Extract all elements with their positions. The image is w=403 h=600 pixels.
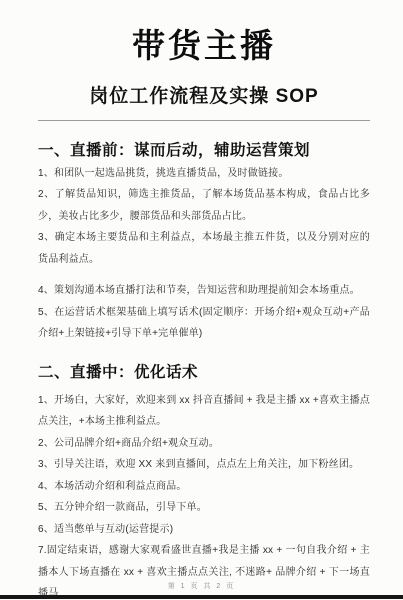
section-2-item-2: 2、公司品牌介绍+商品介绍+观众互动。 [38,433,370,455]
photo-bottom-edge-bar [0,595,403,599]
section-1-item-5: 5、在运营话术框架基础上填写话术(固定顺序：开场介绍+观众互动+产品介绍+上架链… [38,302,370,345]
section-2-item-7: 7.固定结束语，感谢大家观看盛世直播+我是主播 xx + 一句自我介绍 + 主播… [38,540,370,600]
section-1-item-1: 1、和团队一起选品挑货，挑选直播货品，及时做链接。 [38,163,370,185]
section-2-item-1: 1、开场白，大家好，欢迎来到 xx 抖音直播间 + 我是主播 xx +喜欢主播点… [38,390,370,433]
section-2-item-6: 6、适当憋单与互动(运营提示) [38,519,370,541]
page-number-footer: 第 1 页 共 2 页 [0,581,403,591]
document-title: 带货主播 [38,26,370,66]
document-subtitle: 岗位工作流程及实操 SOP [38,81,370,121]
section-2-heading: 二、直播中：优化话术 [38,360,370,382]
document-page: 带货主播 岗位工作流程及实操 SOP 一、直播前：谋而后动，辅助运营策划 1、和… [0,0,403,600]
section-1-item-2: 2、了解货品知识，筛选主推货品，了解本场货品基本构成，食品占比多少，美妆占比多少… [38,184,370,227]
section-2-item-3: 3、引导关注语，欢迎 XX 来到直播间，点点左上角关注，加下粉丝团。 [38,454,370,476]
section-1-heading: 一、直播前：谋而后动，辅助运营策划 [38,138,370,160]
section-2-item-5: 5、五分钟介绍一款商品，引导下单。 [38,497,370,519]
section-1-item-4: 4、策划沟通本场直播打法和节奏，告知运营和助理提前知会本场重点。 [38,280,370,302]
section-1-item-3: 3、确定本场主要货品和主利益点，本场最主推五件货，以及分别对应的货品利益点。 [38,227,370,270]
section-2-item-4: 4、本场活动介绍和利益点商品。 [38,476,370,498]
